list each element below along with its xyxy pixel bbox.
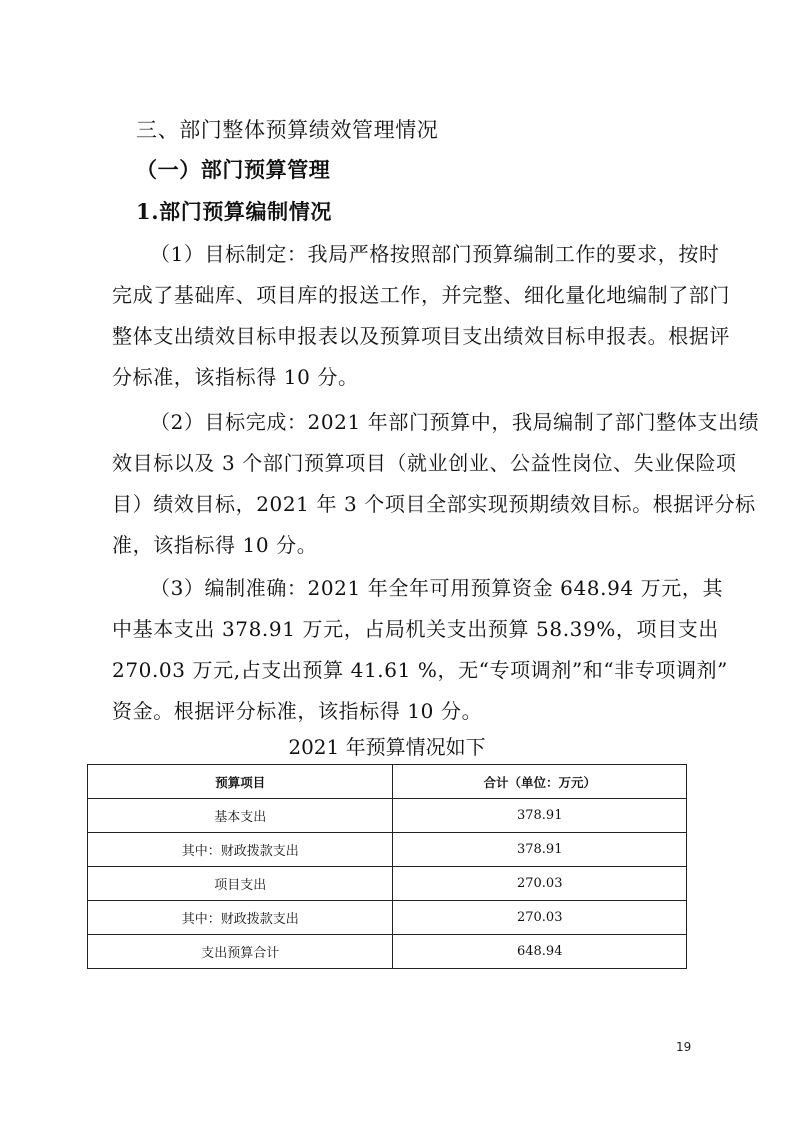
table-row: 支出预算合计 648.94 <box>88 935 687 969</box>
paragraph-line: 资金。根据评分标准，该指标得 10 分。 <box>112 699 694 723</box>
paragraph-line: 整体支出绩效目标申报表以及预算项目支出绩效目标申报表。根据评 <box>112 324 694 348</box>
budget-table: 预算项目 合计（单位：万元） 基本支出 378.91 其中：财政拨款支出 378… <box>87 764 687 969</box>
column-header-item: 预算项目 <box>88 765 393 799</box>
paragraph-line: 270.03 万元,占支出预算 41.61 %，无“专项调剂”和“非专项调剂” <box>112 658 694 682</box>
table-row: 基本支出 378.91 <box>88 799 687 833</box>
cell-amount: 648.94 <box>393 935 687 969</box>
cell-item: 支出预算合计 <box>88 935 393 969</box>
table-row: 其中：财政拨款支出 378.91 <box>88 833 687 867</box>
column-header-total: 合计（单位：万元） <box>393 765 687 799</box>
page-number: 19 <box>676 1040 691 1054</box>
paragraph-line: 效目标以及 3 个部门预算项目（就业创业、公益性岗位、失业保险项 <box>112 451 694 475</box>
cell-amount: 378.91 <box>393 833 687 867</box>
item-heading: 1.部门预算编制情况 <box>136 200 332 224</box>
cell-item: 基本支出 <box>88 799 393 833</box>
cell-item: 其中：财政拨款支出 <box>88 901 393 935</box>
table-row: 项目支出 270.03 <box>88 867 687 901</box>
cell-item: 其中：财政拨款支出 <box>88 833 393 867</box>
paragraph-line: 完成了基础库、项目库的报送工作，并完整、细化量化地编制了部门 <box>112 283 694 307</box>
paragraph-line: （2）目标完成：2021 年部门预算中，我局编制了部门整体支出绩 <box>150 410 694 434</box>
cell-amount: 270.03 <box>393 867 687 901</box>
subsection-heading: （一）部门预算管理 <box>136 158 330 182</box>
table-caption: 2021 年预算情况如下 <box>87 735 687 759</box>
paragraph-line: 分标准，该指标得 10 分。 <box>112 365 694 389</box>
paragraph-line: 中基本支出 378.91 万元，占局机关支出预算 58.39%，项目支出 <box>112 617 694 641</box>
table-header-row: 预算项目 合计（单位：万元） <box>88 765 687 799</box>
paragraph-line: 目）绩效目标，2021 年 3 个项目全部实现预期绩效目标。根据评分标 <box>112 492 694 516</box>
paragraph-line: 准，该指标得 10 分。 <box>112 533 694 557</box>
cell-item: 项目支出 <box>88 867 393 901</box>
section-heading: 三、部门整体预算绩效管理情况 <box>136 118 438 142</box>
table-row: 其中：财政拨款支出 270.03 <box>88 901 687 935</box>
cell-amount: 270.03 <box>393 901 687 935</box>
paragraph-line: （1）目标制定：我局严格按照部门预算编制工作的要求，按时 <box>150 242 694 266</box>
cell-amount: 378.91 <box>393 799 687 833</box>
paragraph-line: （3）编制准确：2021 年全年可用预算资金 648.94 万元，其 <box>150 576 694 600</box>
